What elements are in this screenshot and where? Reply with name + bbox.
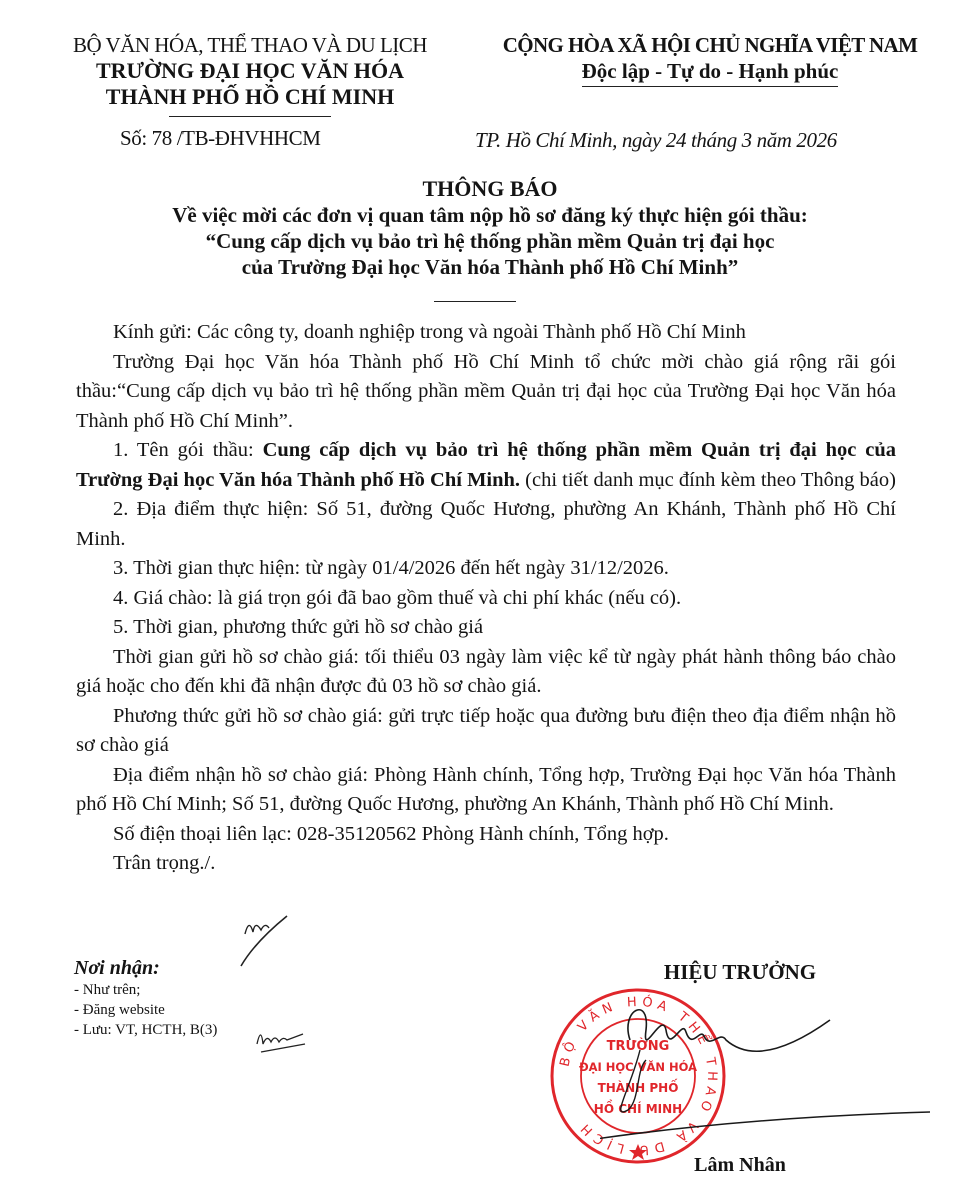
document-title-block: THÔNG BÁO Về việc mời các đơn vị quan tâ… (60, 176, 920, 280)
document-body: Kính gửi: Các công ty, doanh nghiệp tron… (76, 318, 896, 879)
item-4: 4. Giá chào: là giá trọn gói đã bao gồm … (76, 584, 896, 614)
item-2: 2. Địa điểm thực hiện: Số 51, đường Quốc… (76, 495, 896, 554)
title-rule (434, 301, 516, 302)
intro-paragraph: Trường Đại học Văn hóa Thành phố Hồ Chí … (76, 348, 896, 437)
item-1-label: 1. Tên gói thầu: (113, 439, 263, 461)
submission-method: Phương thức gửi hồ sơ chào giá: gửi trực… (76, 702, 896, 761)
school-name-line2: THÀNH PHỐ HỒ CHÍ MINH (40, 84, 460, 110)
subject-line-3: của Trường Đại học Văn hóa Thành phố Hồ … (60, 254, 920, 280)
item-1-note: (chi tiết danh mục đính kèm theo Thông b… (520, 469, 896, 491)
subject-line-1: Về việc mời các đơn vị quan tâm nộp hồ s… (60, 202, 920, 228)
document-number: Số: 78 /TB-ĐHVHHCM (120, 126, 320, 151)
recipients-block: Nơi nhận: - Như trên; - Đăng website - L… (74, 958, 434, 1040)
signer-title: HIỆU TRƯỞNG (600, 960, 880, 985)
header-left-rule (169, 116, 331, 117)
place-and-date: TP. Hồ Chí Minh, ngày 24 tháng 3 năm 202… (475, 128, 837, 153)
signer-name: Lâm Nhân (600, 1154, 880, 1177)
national-motto: Độc lập - Tự do - Hạnh phúc (582, 58, 839, 87)
school-name-line1: TRƯỜNG ĐẠI HỌC VĂN HÓA (40, 58, 460, 84)
ministry-name: BỘ VĂN HÓA, THỂ THAO VÀ DU LỊCH (40, 32, 460, 58)
national-header-block: CỘNG HÒA XÃ HỘI CHỦ NGHĨA VIỆT NAM Độc l… (460, 32, 960, 87)
recipient-item: - Đăng website (74, 1000, 434, 1020)
item-1: 1. Tên gói thầu: Cung cấp dịch vụ bảo tr… (76, 436, 896, 495)
subject-line-2: “Cung cấp dịch vụ bảo trì hệ thống phần … (60, 228, 920, 254)
document-heading: THÔNG BÁO (60, 176, 920, 202)
salutation: Kính gửi: Các công ty, doanh nghiệp tron… (76, 318, 896, 348)
recipients-label: Nơi nhận: (74, 958, 434, 978)
closing: Trân trọng./. (76, 849, 896, 879)
recipient-item: - Lưu: VT, HCTH, B(3) (74, 1020, 434, 1040)
submission-place: Địa điểm nhận hồ sơ chào giá: Phòng Hành… (76, 761, 896, 820)
recipient-item: - Như trên; (74, 980, 434, 1000)
handwritten-signature-icon (600, 1000, 930, 1150)
contact-phone: Số điện thoại liên lạc: 028-35120562 Phò… (76, 820, 896, 850)
nation-name: CỘNG HÒA XÃ HỘI CHỦ NGHĨA VIỆT NAM (460, 32, 960, 58)
item-3: 3. Thời gian thực hiện: từ ngày 01/4/202… (76, 554, 896, 584)
item-5: 5. Thời gian, phương thức gửi hồ sơ chào… (76, 613, 896, 643)
submission-time: Thời gian gửi hồ sơ chào giá: tối thiểu … (76, 643, 896, 702)
issuing-authority-block: BỘ VĂN HÓA, THỂ THAO VÀ DU LỊCH TRƯỜNG Đ… (40, 32, 460, 117)
